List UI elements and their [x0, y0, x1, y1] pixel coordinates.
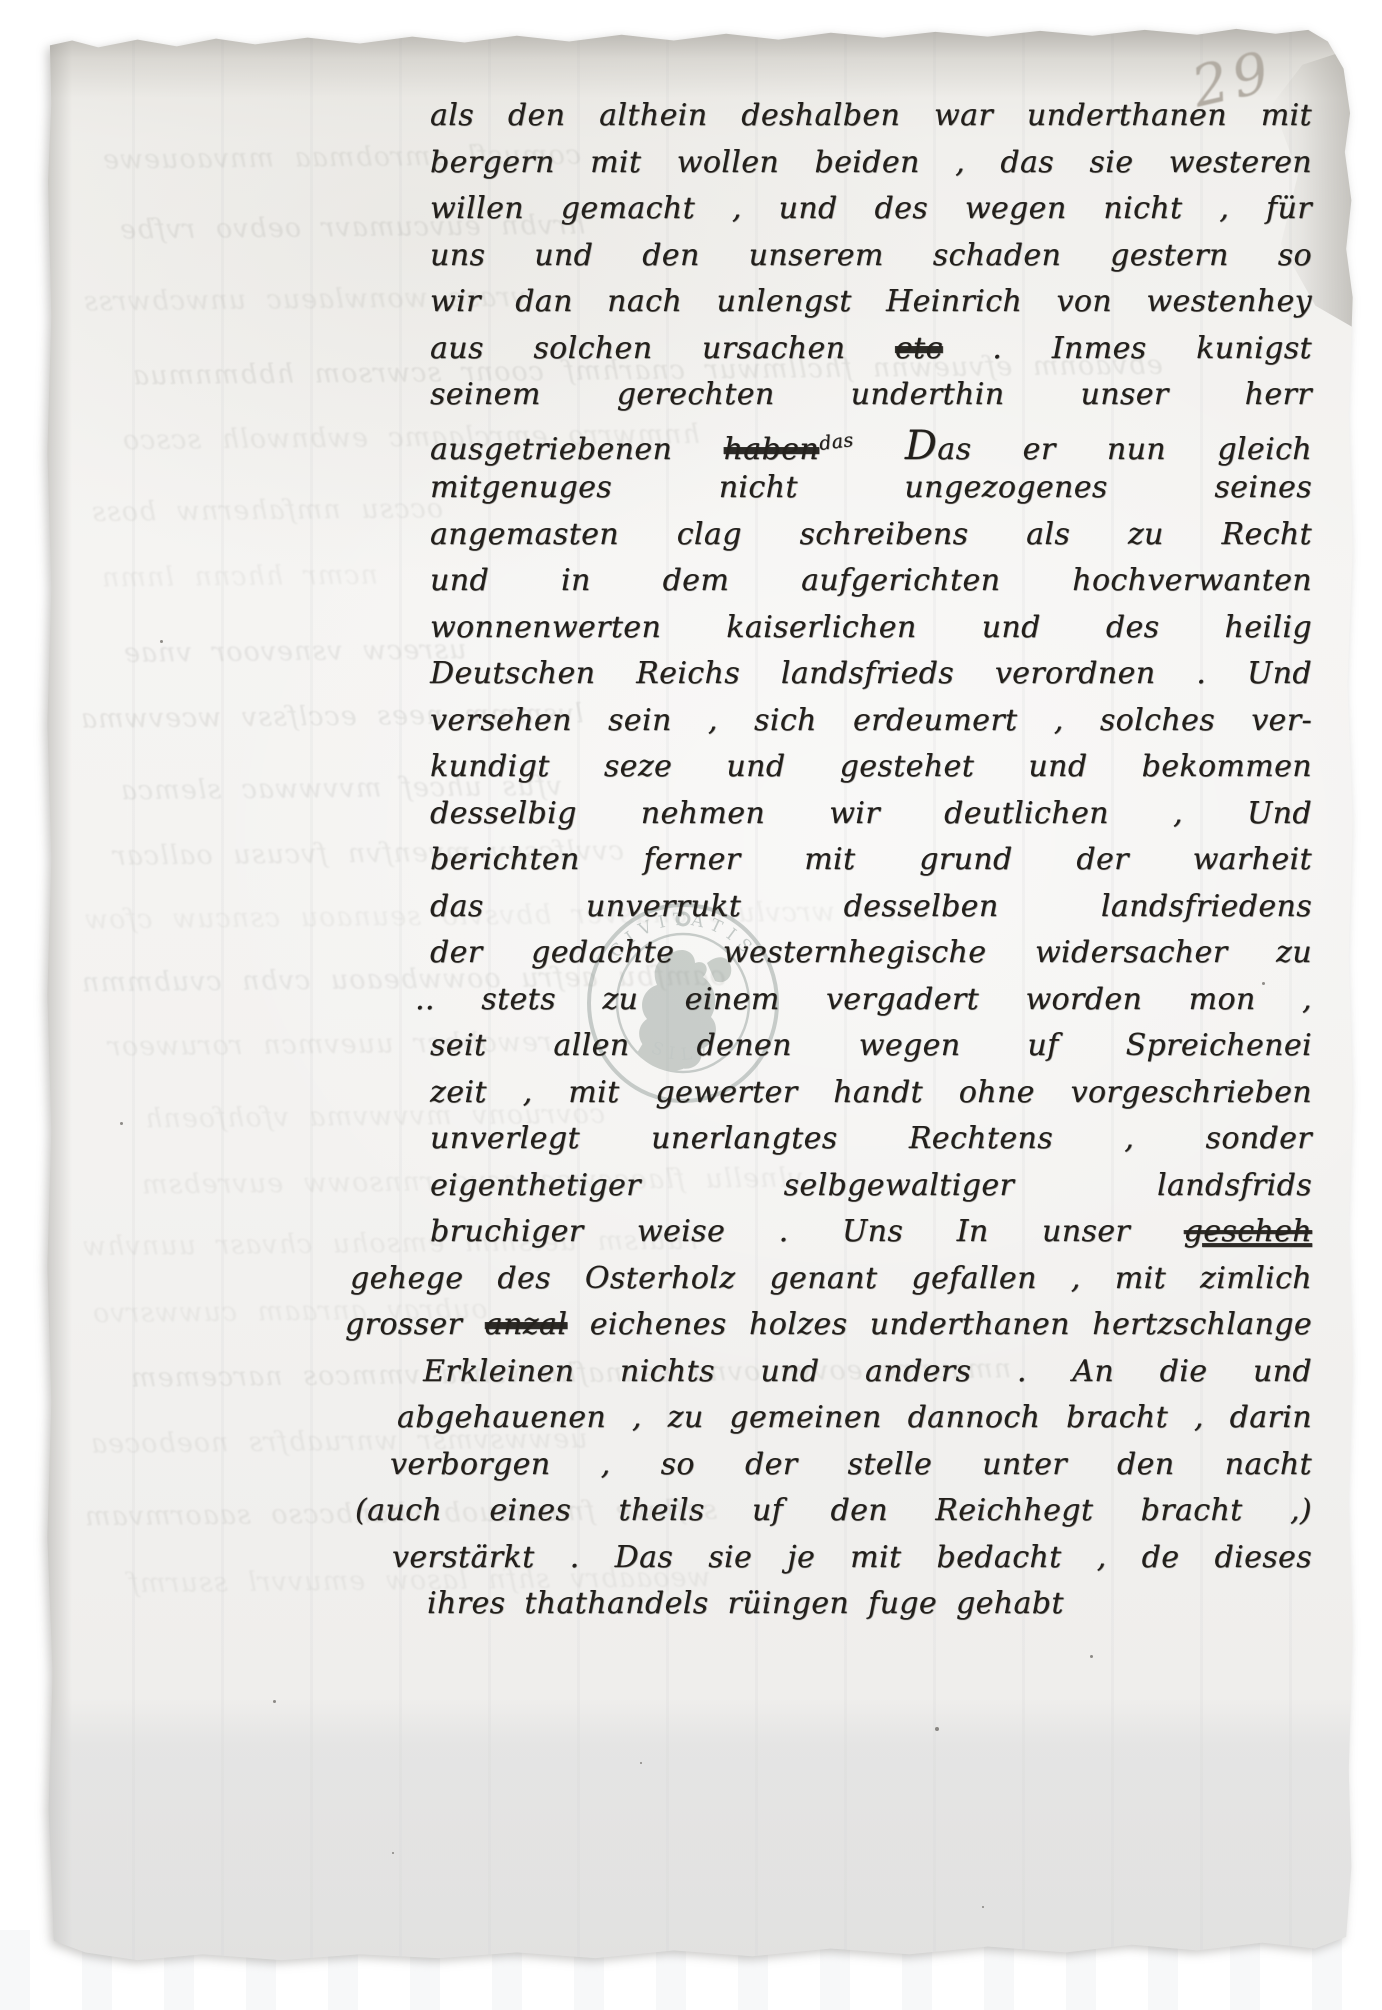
bottom-tonal-band: [46, 1698, 1354, 1964]
torn-top-edge-shading: [46, 26, 1354, 98]
left-edge-shading: [46, 26, 72, 1964]
circular-archive-stamp-icon: CIVITATIS SILV: [573, 893, 793, 1113]
